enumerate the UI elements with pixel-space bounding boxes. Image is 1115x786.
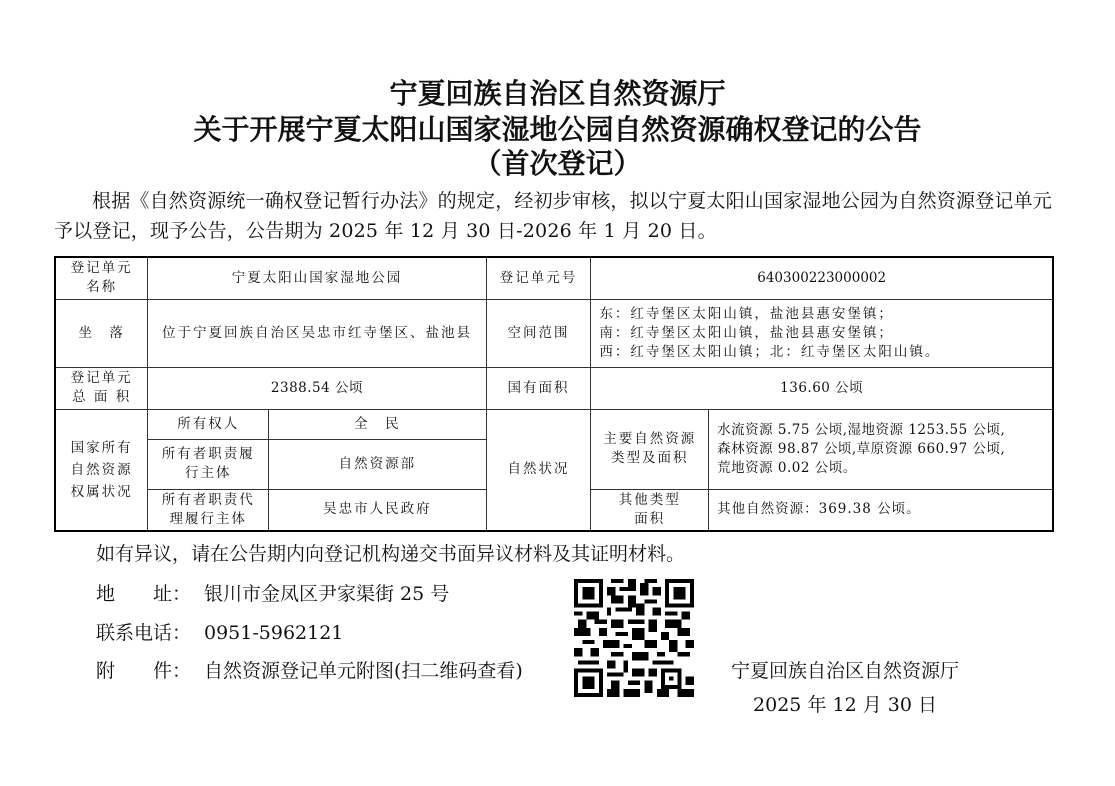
location-value: 位于宁夏回族自治区吴忠市红寺堡区、盐池县 [148, 299, 486, 367]
phone-label: 联系电话： [96, 620, 204, 646]
spatial-range-value: 东：红寺堡区太阳山镇，盐池县惠安堡镇； 南：红寺堡区太阳山镇，盐池县惠安堡镇； … [591, 299, 1053, 367]
total-area-value: 2388.54 公顷 [148, 367, 486, 409]
intro-paragraph: 根据《自然资源统一确权登记暂行办法》的规定，经初步审核，拟以宁夏太阳山国家湿地公… [54, 186, 1059, 246]
owner-value: 全 民 [269, 409, 487, 439]
title-line-1: 宁夏回族自治区自然资源厅 [0, 76, 1115, 112]
signature-org: 宁夏回族自治区自然资源厅 [700, 658, 990, 684]
other-types-value: 其他自然资源：369.38 公顷。 [709, 489, 1053, 531]
other-types-label: 其他类型 面积 [591, 489, 709, 531]
spatial-range-label: 空间范围 [486, 299, 591, 367]
title-line-2: 关于开展宁夏太阳山国家湿地公园自然资源确权登记的公告 [0, 112, 1115, 148]
signature-date: 2025 年 12 月 30 日 [700, 692, 990, 718]
address-value: 银川市金凤区尹家渠街 25 号 [204, 583, 449, 605]
natural-status-label: 自然状况 [486, 409, 591, 531]
phone-line: 联系电话：0951-5962121 [96, 620, 343, 646]
location-label: 坐 落 [55, 299, 148, 367]
attachment-label: 附 件： [96, 658, 204, 684]
state-area-label: 国有面积 [486, 367, 591, 409]
registration-table: 登记单元 名称 宁夏太阳山国家湿地公园 登记单元号 64030022300000… [54, 256, 1054, 532]
agent-subject-value: 吴忠市人民政府 [269, 489, 487, 531]
address-line: 地 址：银川市金凤区尹家渠街 25 号 [96, 581, 449, 607]
agent-subject-label: 所有者职责代 理履行主体 [148, 489, 269, 531]
unit-no-value: 640300223000002 [591, 257, 1053, 299]
ownership-label: 国家所有 自然资源 权属状况 [55, 409, 148, 531]
attachment-value: 自然资源登记单元附图(扫二维码查看) [204, 660, 523, 682]
duty-subject-value: 自然资源部 [269, 439, 487, 489]
total-area-label: 登记单元 总 面 积 [55, 367, 148, 409]
title-line-3: （首次登记） [0, 146, 1115, 182]
owner-label: 所有权人 [148, 409, 269, 439]
state-area-value: 136.60 公顷 [591, 367, 1053, 409]
main-types-value: 水流资源 5.75 公顷,湿地资源 1253.55 公顷, 森林资源 98.87… [709, 409, 1053, 489]
phone-value: 0951-5962121 [204, 622, 343, 644]
main-types-label: 主要自然资源 类型及面积 [591, 409, 709, 489]
address-label: 地 址： [96, 581, 204, 607]
unit-name-value: 宁夏太阳山国家湿地公园 [148, 257, 486, 299]
objection-notice: 如有异议，请在公告期内向登记机构递交书面异议材料及其证明材料。 [96, 541, 685, 567]
unit-name-label: 登记单元 名称 [55, 257, 148, 299]
duty-subject-label: 所有者职责履 行主体 [148, 439, 269, 489]
unit-no-label: 登记单元号 [486, 257, 591, 299]
attachment-line: 附 件：自然资源登记单元附图(扫二维码查看) [96, 658, 523, 684]
qr-code-icon[interactable] [574, 579, 694, 697]
